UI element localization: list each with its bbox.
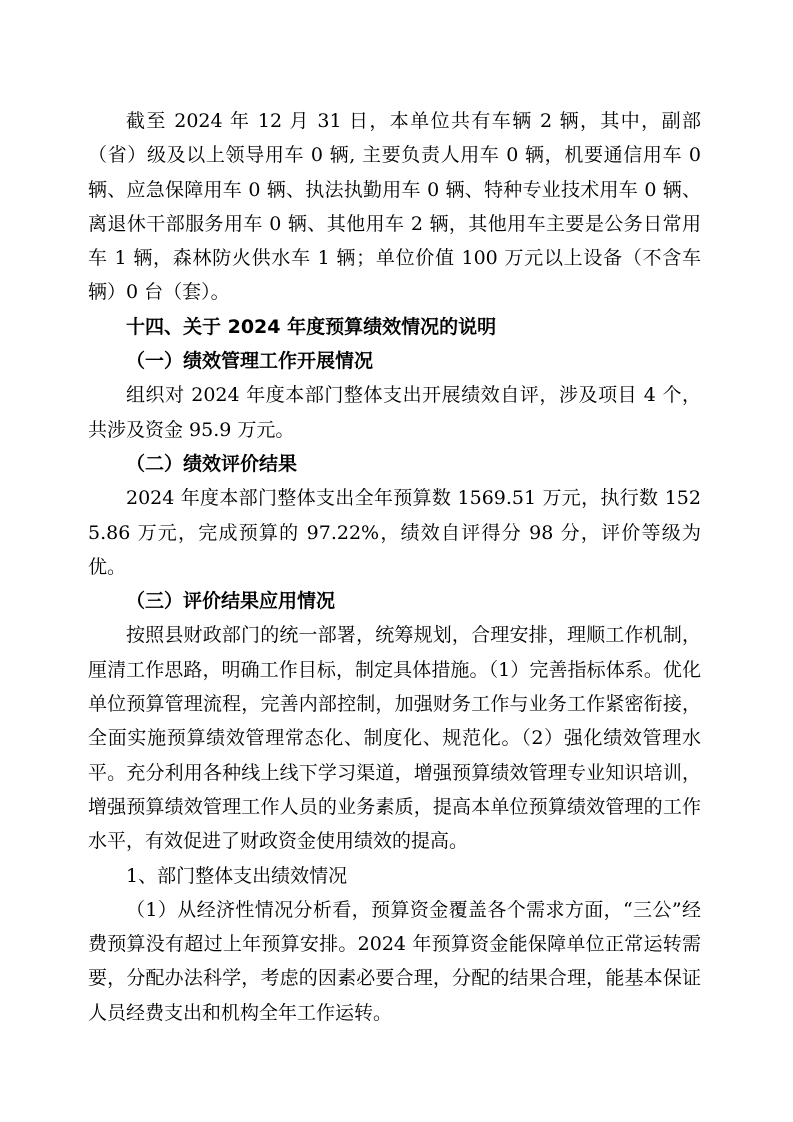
heading-results-application: （三）评价结果应用情况 — [88, 584, 701, 618]
paragraph-economic-analysis: （1）从经济性情况分析看，预算资金覆盖各个需求方面，“三公”经费预算没有超过上年… — [88, 893, 701, 1030]
paragraph-budget-execution-figures: 2024 年度本部门整体支出全年预算数 1569.51 万元，执行数 1525.… — [88, 481, 701, 584]
paragraph-self-evaluation-scope: 组织对 2024 年度本部门整体支出开展绩效自评，涉及项目 4 个，共涉及资金 … — [88, 378, 701, 447]
paragraph-improvement-measures: 按照县财政部门的统一部署，统筹规划，合理安排，理顺工作机制，厘清工作思路，明确工… — [88, 618, 701, 858]
heading-evaluation-results: （二）绩效评价结果 — [88, 447, 701, 481]
document-page: 截至 2024 年 12 月 31 日，本单位共有车辆 2 辆，其中，副部（省）… — [0, 0, 793, 1122]
heading-performance-management-work: （一）绩效管理工作开展情况 — [88, 344, 701, 378]
paragraph-vehicle-fleet: 截至 2024 年 12 月 31 日，本单位共有车辆 2 辆，其中，副部（省）… — [88, 104, 701, 310]
heading-section-14-budget-performance: 十四、关于 2024 年度预算绩效情况的说明 — [88, 310, 701, 344]
subheading-overall-expenditure-performance: 1、部门整体支出绩效情况 — [88, 859, 701, 893]
